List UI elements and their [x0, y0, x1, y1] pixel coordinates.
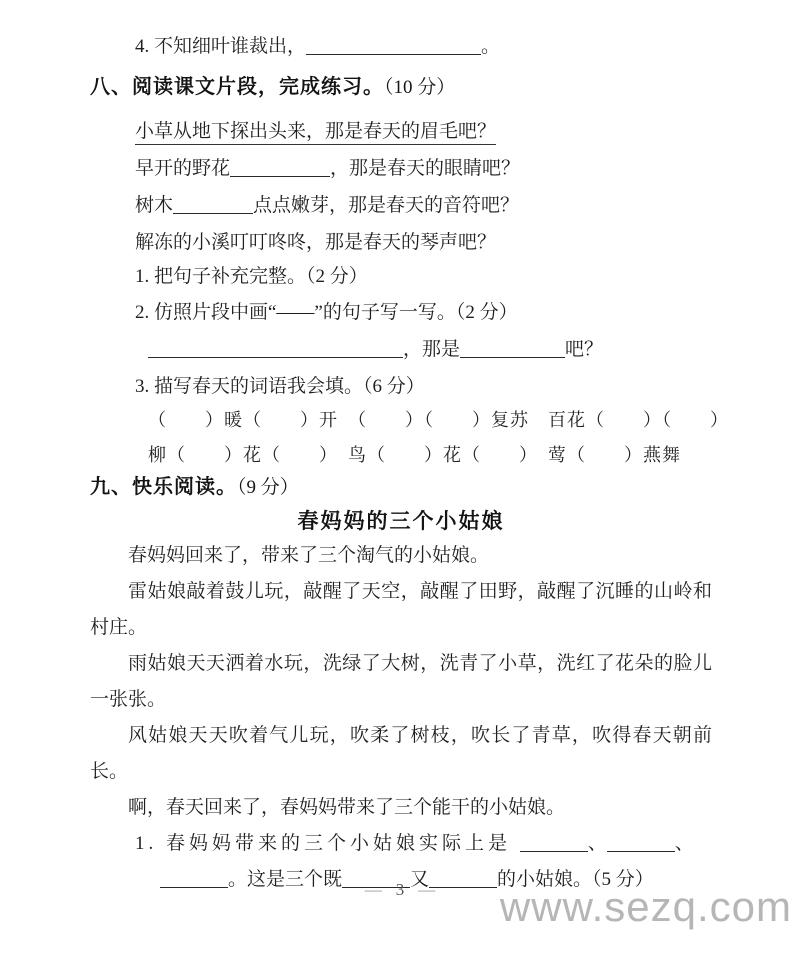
section8-question-1: 1. 把句子补充完整。（2 分） — [90, 262, 712, 292]
footer-dash-left: — — [351, 880, 396, 899]
reading-paragraph-5: 啊，春天回来了，春妈妈带来了三个能干的小姑娘。 — [90, 790, 712, 826]
section9-question-1-line-1: 1. 春妈妈带来的三个小姑娘实际上是 、、 — [90, 826, 712, 862]
section8-heading: 八、阅读课文片段，完成练习。（10 分） — [90, 72, 712, 103]
passage-line-3: 树木点点嫩芽，那是春天的音符吧？ — [90, 191, 712, 221]
reading-paragraph-1: 春妈妈回来了，带来了三个淘气的小姑娘。 — [90, 538, 712, 574]
reading-paragraph-4: 风姑娘天天吹着气儿玩，吹柔了树枝，吹长了青草，吹得春天朝前长。 — [90, 718, 712, 790]
section8-heading-text: 八、阅读课文片段，完成练习。 — [90, 76, 384, 98]
idiom-row2-text: 柳（ ）花（ ） 鸟（ ）花（ ） 莺（ ）燕舞 — [148, 445, 681, 465]
passage-underlined-sentence: 小草从地下探出头来，那是春天的眉毛吧？ — [135, 121, 496, 145]
passage-line3-pre: 树木 — [135, 195, 173, 216]
reading-paragraph-3: 雨姑娘天天洒着水玩，洗绿了大树，洗青了小草，洗红了花朵的脸儿一张张。 — [90, 646, 712, 718]
section8-q2-text: 2. 仿照片段中画“——”的句子写一写。（2 分） — [135, 302, 518, 323]
item4-blank-line — [306, 38, 481, 55]
worksheet-page: 4. 不知细叶谁裁出，。 八、阅读课文片段，完成练习。（10 分） 小草从地下探… — [0, 0, 800, 961]
section8-question-2: 2. 仿照片段中画“——”的句子写一写。（2 分） — [90, 298, 712, 328]
section9-q1-text: 1. 春妈妈带来的三个小姑娘实际上是 — [135, 833, 520, 854]
passage-line-4: 解冻的小溪叮叮咚咚，那是春天的琴声吧？ — [90, 228, 712, 258]
watermark: www.sezq.com — [500, 884, 792, 930]
passage-line3-blank — [173, 197, 253, 214]
section9-heading-text: 九、快乐阅读。 — [90, 476, 237, 498]
q9-blank-2 — [607, 835, 675, 852]
reading-passage-title: 春妈妈的三个小姑娘 — [90, 506, 712, 538]
idiom-fill-row-2: 柳（ ）花（ ） 鸟（ ）花（ ） 莺（ ）燕舞 — [90, 440, 712, 470]
section8-q3-text: 3. 描写春天的词语我会填。（6 分） — [135, 376, 425, 397]
section8-q2-answer-line: ，那是吧？ — [90, 335, 712, 365]
section8-question-3: 3. 描写春天的词语我会填。（6 分） — [90, 372, 712, 402]
section8-score: （10 分） — [384, 77, 455, 98]
q2-answer-end: 吧？ — [565, 339, 603, 360]
passage-line4-text: 解冻的小溪叮叮咚咚，那是春天的琴声吧？ — [135, 232, 496, 253]
passage-line2-pre: 早开的野花 — [135, 158, 230, 179]
passage-line2-blank — [230, 160, 330, 177]
section9-score: （9 分） — [237, 477, 299, 498]
passage-line3-post: 点点嫩芽，那是春天的音符吧？ — [253, 195, 519, 216]
passage-line2-post: ，那是春天的眼睛吧？ — [330, 158, 520, 179]
q2-answer-blank-2 — [460, 341, 565, 358]
idiom-row1-text: （ ）暖（ ）开 （ ）（ ）复苏 百花（ ）（ ） — [148, 410, 729, 430]
q2-answer-blank-1 — [148, 341, 403, 358]
worksheet-content: 4. 不知细叶谁裁出，。 八、阅读课文片段，完成练习。（10 分） 小草从地下探… — [0, 0, 800, 898]
section9-heading: 九、快乐阅读。（9 分） — [90, 472, 712, 503]
reading-paragraph-2: 雷姑娘敲着鼓儿玩，敲醒了天空，敲醒了田野，敲醒了沉睡的山岭和村庄。 — [90, 574, 712, 646]
section8-q1-text: 1. 把句子补充完整。（2 分） — [135, 266, 368, 287]
page-number: 3 — [396, 880, 405, 899]
passage-line-1: 小草从地下探出头来，那是春天的眉毛吧？ — [90, 117, 712, 147]
q2-answer-mid: ，那是 — [403, 339, 460, 360]
q9-sep-2: 、 — [675, 833, 694, 854]
item4-text: 4. 不知细叶谁裁出， — [135, 36, 306, 57]
passage-line-2: 早开的野花，那是春天的眼睛吧？ — [90, 154, 712, 184]
q9-sep-1: 、 — [588, 833, 607, 854]
question-7-item4: 4. 不知细叶谁裁出，。 — [90, 32, 712, 62]
q9-blank-1 — [520, 835, 588, 852]
item4-period: 。 — [481, 36, 500, 57]
footer-dash-right: — — [404, 880, 449, 899]
idiom-fill-row-1: （ ）暖（ ）开 （ ）（ ）复苏 百花（ ）（ ） — [90, 405, 712, 435]
